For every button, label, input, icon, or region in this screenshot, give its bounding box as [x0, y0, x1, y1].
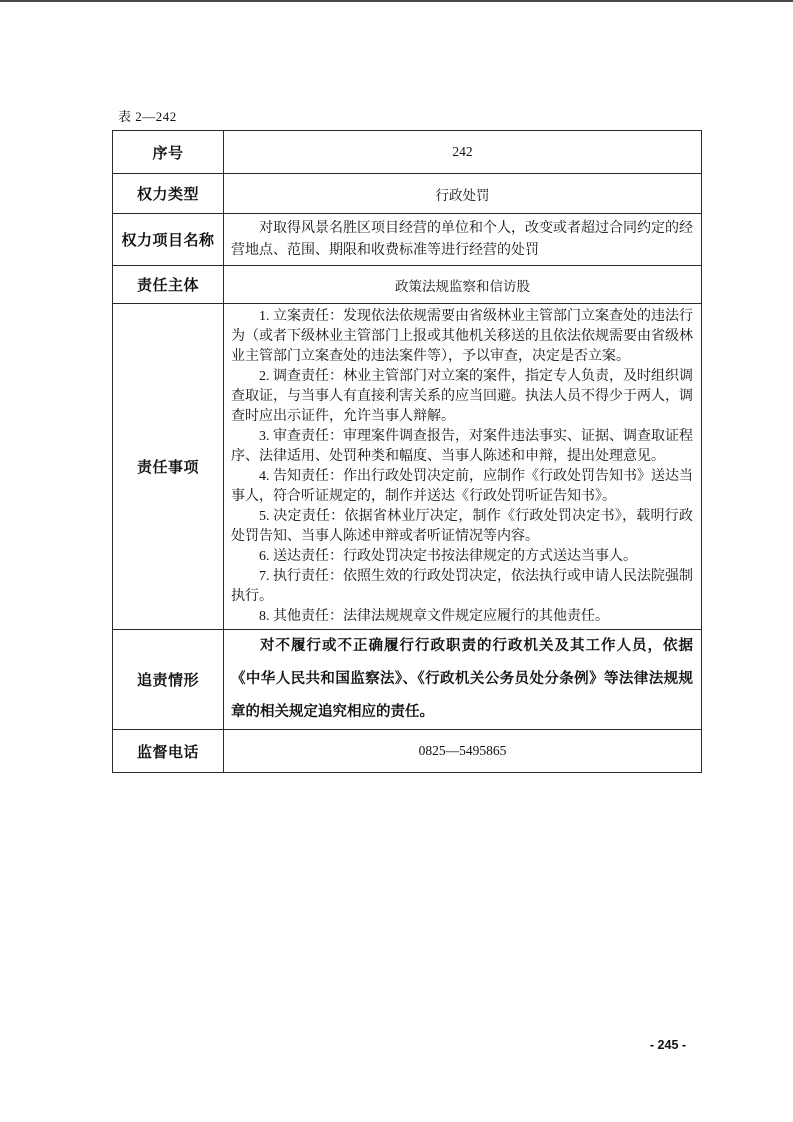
responsible-entity-value: 政策法规监察和信访股 [224, 266, 701, 303]
table-caption: 表 2—242 [118, 106, 177, 125]
serial-number-label: 序号 [113, 131, 224, 173]
responsibility-matters-value: 1. 立案责任：发现依法依规需要由省级林业主管部门立案查处的违法行为（或者下级林… [224, 304, 701, 629]
duty-item-6: 6. 送达责任：行政处罚决定书按法律规定的方式送达当事人。 [231, 547, 693, 567]
power-type-value: 行政处罚 [224, 174, 701, 213]
duty-item-5: 5. 决定责任：依据省林业厅决定，制作《行政处罚决定书》，载明行政处罚告知、当事… [231, 507, 693, 547]
row-supervision-phone: 监督电话 0825—5495865 [113, 729, 701, 772]
duty-item-3: 3. 审查责任：审理案件调查报告，对案件违法事实、证据、调查取证程序、法律适用、… [231, 427, 693, 467]
duty-item-2: 2. 调查责任：林业主管部门对立案的案件，指定专人负责，及时组织调查取证，与当事… [231, 367, 693, 427]
row-serial-number: 序号 242 [113, 131, 701, 173]
power-item-name-label: 权力项目名称 [113, 214, 224, 265]
accountability-label: 追责情形 [113, 630, 224, 729]
power-item-table: 序号 242 权力类型 行政处罚 权力项目名称 对取得风景名胜区项目经营的单位和… [112, 130, 702, 773]
row-responsible-entity: 责任主体 政策法规监察和信访股 [113, 265, 701, 303]
row-responsibility-matters: 责任事项 1. 立案责任：发现依法依规需要由省级林业主管部门立案查处的违法行为（… [113, 303, 701, 629]
supervision-phone-label: 监督电话 [113, 730, 224, 772]
power-type-label: 权力类型 [113, 174, 224, 213]
responsible-entity-label: 责任主体 [113, 266, 224, 303]
supervision-phone-value: 0825—5495865 [224, 730, 701, 772]
power-item-name-value: 对取得风景名胜区项目经营的单位和个人，改变或者超过合同约定的经营地点、范围、期限… [224, 214, 701, 265]
page-top-border [0, 0, 793, 2]
row-power-type: 权力类型 行政处罚 [113, 173, 701, 213]
row-accountability: 追责情形 对不履行或不正确履行行政职责的行政机关及其工作人员，依据《中华人民共和… [113, 629, 701, 729]
row-power-item-name: 权力项目名称 对取得风景名胜区项目经营的单位和个人，改变或者超过合同约定的经营地… [113, 213, 701, 265]
power-item-name-text: 对取得风景名胜区项目经营的单位和个人，改变或者超过合同约定的经营地点、范围、期限… [231, 218, 693, 262]
responsibility-matters-label: 责任事项 [113, 304, 224, 629]
duty-item-1: 1. 立案责任：发现依法依规需要由省级林业主管部门立案查处的违法行为（或者下级林… [231, 307, 693, 367]
page-number: - 245 - [618, 1038, 718, 1052]
duty-item-7: 7. 执行责任：依照生效的行政处罚决定，依法执行或申请人民法院强制执行。 [231, 567, 693, 607]
accountability-text: 对不履行或不正确履行行政职责的行政机关及其工作人员，依据《中华人民共和国监察法》… [231, 630, 693, 729]
duty-item-8: 8. 其他责任：法律法规规章文件规定应履行的其他责任。 [231, 607, 693, 627]
accountability-value: 对不履行或不正确履行行政职责的行政机关及其工作人员，依据《中华人民共和国监察法》… [224, 630, 701, 729]
serial-number-value: 242 [224, 131, 701, 173]
duty-item-4: 4. 告知责任：作出行政处罚决定前，应制作《行政处罚告知书》送达当事人，符合听证… [231, 467, 693, 507]
